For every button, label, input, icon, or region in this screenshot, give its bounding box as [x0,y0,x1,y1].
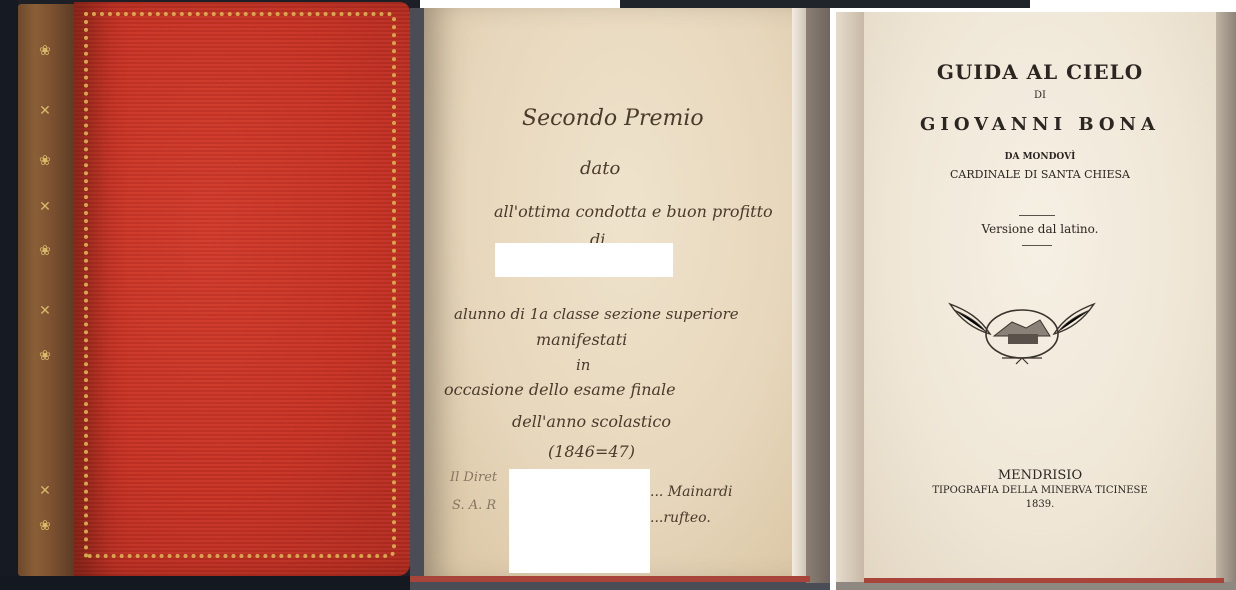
signature-fragment: Il Diret [450,470,497,485]
inscription-line: (1846=47) [548,442,635,461]
book-cover-photo: ❀ ✕ ❀ ✕ ❀ ✕ ❀ ✕ ❀ [0,0,420,590]
spine-ornament-icon: ✕ [32,200,58,214]
author-origin: DA MONDOVÌ [864,152,1216,162]
spine-ornament-icon: ✕ [32,304,58,318]
redaction-box [495,243,673,277]
divider-rule [1022,245,1052,246]
page-edges [792,8,806,578]
left-page-edge [836,12,864,582]
spine-ornament-icon: ❀ [32,44,58,58]
inscription-line: all'ottima condotta e buon profitto [494,202,773,221]
spine-ornament-icon: ❀ [32,349,58,363]
spine-ornament-icon: ❀ [32,154,58,168]
spine-ornament-icon: ✕ [32,484,58,498]
inscription-line: manifestati [536,330,627,349]
right-page-edge [1216,12,1236,582]
signature-fragment: ... Mainardi [650,484,732,500]
book-spine: ❀ ✕ ❀ ✕ ❀ ✕ ❀ ✕ ❀ [18,4,76,576]
book-subtitle: Versione dal latino. [864,222,1216,236]
red-board-bottom [864,578,1224,583]
inscription-line: dato [580,158,620,179]
title-page-photo: GUIDA AL CIELO DI GIOVANNI BONA DA MONDO… [836,12,1236,590]
inscription-line: dell'anno scolastico [512,412,671,431]
publication-year: 1839. [864,499,1216,510]
inscription-line: occasione dello esame finale [444,380,676,399]
engraved-vignette-icon [946,300,1098,366]
author-name: GIOVANNI BONA [864,114,1216,135]
gilt-border [84,12,396,558]
spine-ornament-icon: ❀ [32,244,58,258]
printer-name: TIPOGRAFIA DELLA MINERVA TICINESE [864,485,1216,496]
author-role: CARDINALE DI SANTA CHIESA [864,168,1216,181]
backdrop [0,0,18,590]
spine-ornament-icon: ✕ [32,104,58,118]
inscription-line: alunno di 1a classe sezione superiore [454,305,739,323]
title-by: DI [864,90,1216,101]
publication-place: MENDRISIO [864,468,1216,483]
spine-ornament-icon: ❀ [32,519,58,533]
red-board-bottom [410,576,810,582]
red-cloth-board [74,2,410,576]
bottom-shadow [0,576,420,590]
signature-fragment: ...rufteo. [650,510,711,526]
book-title: GUIDA AL CIELO [864,60,1216,84]
signature-fragment: S. A. R [452,498,496,513]
board-edge [806,8,830,583]
top-background-strip [620,0,1030,8]
divider-rule [1019,215,1055,216]
inscription-line: Secondo Premio [522,106,704,131]
redaction-box [509,469,650,573]
inscription-page-photo: Secondo Premio dato all'ottima condotta … [410,8,830,590]
inscription-line: in [576,356,590,374]
